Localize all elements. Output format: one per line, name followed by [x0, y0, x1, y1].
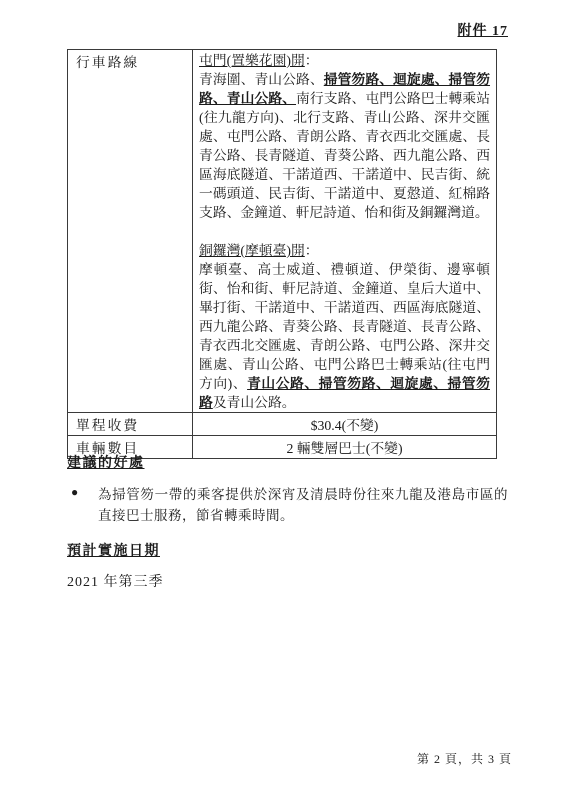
- route-text: 及青山公路。: [213, 395, 296, 410]
- benefits-heading: 建議的好處: [67, 452, 145, 472]
- fare-value: $30.4(不變): [193, 413, 497, 436]
- table-row-route: 行車路線 屯門(置樂花園)開： 青海圍、青山公路、掃管笏路、迴旋處、掃管笏路、青…: [68, 50, 497, 413]
- implementation-date: 2021 年第三季: [67, 571, 164, 591]
- route-inbound-body: 摩頓臺、高士威道、禮頓道、伊榮街、邊寧頓街、怡和街、軒尼詩道、金鐘道、皇后大道中…: [199, 260, 490, 412]
- route-text: 南行支路、屯門公路巴士轉乘站(往九龍方向)、北行支路、青山公路、深井交匯處、屯門…: [199, 91, 490, 220]
- annex-label: 附件 17: [458, 20, 509, 40]
- row-header-route: 行車路線: [68, 50, 193, 413]
- document-page: 附件 17 行車路線 屯門(置樂花園)開： 青海圍、青山公路、掃管笏路、迴旋處、…: [0, 0, 566, 800]
- table-row-fare: 單程收費 $30.4(不變): [68, 413, 497, 436]
- page-number: 第 2 頁，共 3 頁: [417, 750, 512, 767]
- bullet-icon: ●: [71, 485, 78, 500]
- route-outbound-paragraph: 屯門(置樂花園)開： 青海圍、青山公路、掃管笏路、迴旋處、掃管笏路、青山公路、南…: [199, 51, 490, 222]
- route-info-table: 行車路線 屯門(置樂花園)開： 青海圍、青山公路、掃管笏路、迴旋處、掃管笏路、青…: [67, 49, 497, 459]
- benefits-bullet-text: 為掃管笏一帶的乘客提供於深宵及清晨時份往來九龍及港島市區的直接巴士服務，節省轉乘…: [98, 484, 508, 526]
- implementation-heading: 預計實施日期: [67, 540, 160, 560]
- route-outbound-title: 屯門(置樂花園)開：: [199, 51, 490, 70]
- benefits-bullet-item: ● 為掃管笏一帶的乘客提供於深宵及清晨時份往來九龍及港島市區的直接巴士服務，節省…: [71, 484, 508, 526]
- row-header-fare: 單程收費: [68, 413, 193, 436]
- vehicles-value: 2 輛雙層巴士(不變): [193, 436, 497, 459]
- route-text: 青海圍、青山公路、: [199, 72, 324, 87]
- route-inbound-paragraph: 銅鑼灣(摩頓臺)開： 摩頓臺、高士威道、禮頓道、伊榮街、邊寧頓街、怡和街、軒尼詩…: [199, 241, 490, 412]
- route-text: 摩頓臺、高士威道、禮頓道、伊榮街、邊寧頓街、怡和街、軒尼詩道、金鐘道、皇后大道中…: [199, 262, 490, 391]
- route-outbound-body: 青海圍、青山公路、掃管笏路、迴旋處、掃管笏路、青山公路、南行支路、屯門公路巴士轉…: [199, 70, 490, 222]
- route-details-cell: 屯門(置樂花園)開： 青海圍、青山公路、掃管笏路、迴旋處、掃管笏路、青山公路、南…: [193, 50, 497, 413]
- route-inbound-title: 銅鑼灣(摩頓臺)開：: [199, 241, 490, 260]
